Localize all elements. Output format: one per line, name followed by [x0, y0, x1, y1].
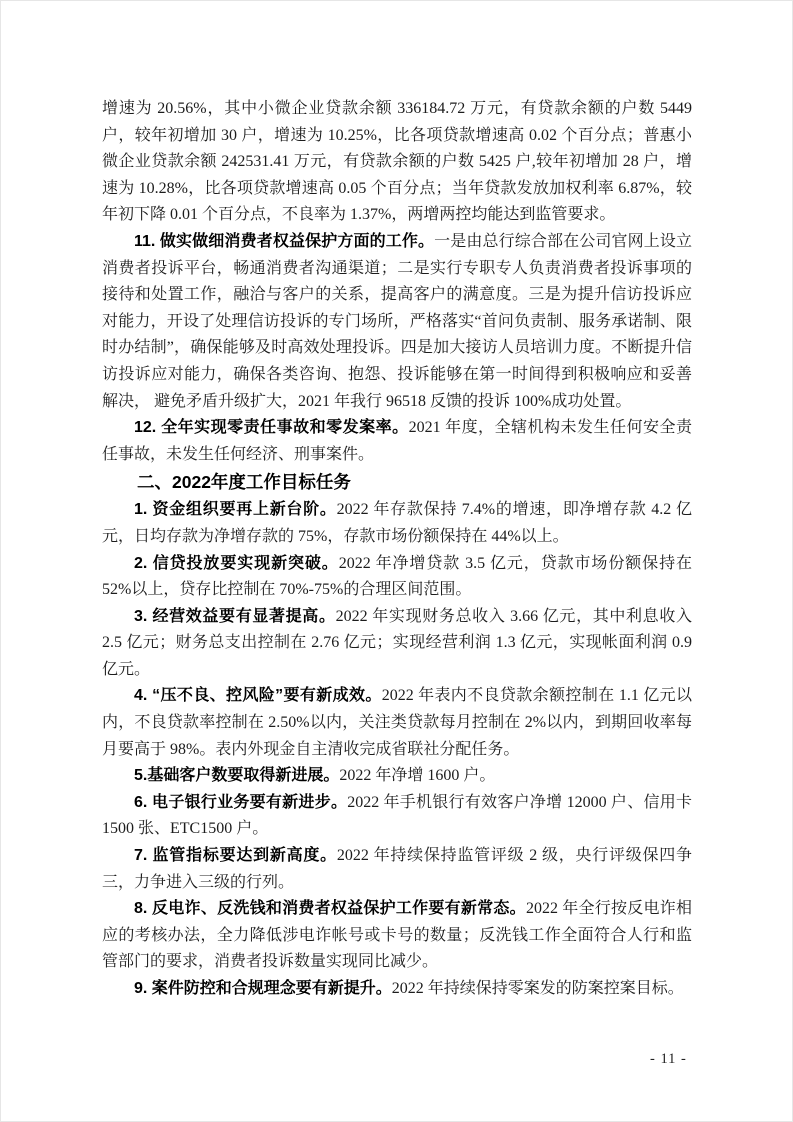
paragraph-body: 一是由总行综合部在公司官网上设立消费者投诉平台，畅通消费者沟通渠道；二是实行专职…	[102, 233, 692, 410]
goal-item-6: 6. 电子银行业务要有新进步。2022 年手机银行有效客户净增 12000 户、…	[102, 790, 692, 843]
paragraph-12: 12. 全年实现零责任事故和零发案率。2021 年度，全辖机构未发生任何安全责任…	[102, 415, 692, 468]
goal-item-2: 2. 信贷投放要实现新突破。2022 年净增贷款 3.5 亿元，贷款市场份额保持…	[102, 551, 692, 604]
paragraph-lead: 4. “压不良、控风险”要有新成效。	[134, 687, 382, 704]
continuation-paragraph: 增速为 20.56%，其中小微企业贷款余额 336184.72 万元，有贷款余额…	[102, 96, 692, 229]
page-number: - 11 -	[650, 1049, 687, 1069]
paragraph-lead: 8. 反电诈、反洗钱和消费者权益保护工作要有新常态。	[134, 900, 526, 917]
paragraph-lead: 3. 经营效益要有显著提高。	[134, 608, 336, 625]
paragraph-lead: 9. 案件防控和合规理念要有新提升。	[134, 980, 392, 997]
paragraph-lead: 6. 电子银行业务要有新进步。	[134, 794, 347, 811]
goal-item-7: 7. 监管指标要达到新高度。2022 年持续保持监管评级 2 级，央行评级保四争…	[102, 843, 692, 896]
paragraph-body: 2022 年净增 1600 户。	[339, 767, 495, 784]
paragraph-body: 2022 年持续保持零案发的防案控案目标。	[392, 980, 684, 997]
goal-item-3: 3. 经营效益要有显著提高。2022 年实现财务总收入 3.66 亿元，其中利息…	[102, 604, 692, 684]
section-heading: 二、2022年度工作目标任务	[102, 469, 692, 496]
paragraph-lead: 1. 资金组织要再上新台阶。	[134, 501, 337, 518]
goal-item-1: 1. 资金组织要再上新台阶。2022 年存款保持 7.4%的增速，即净增存款 4…	[102, 497, 692, 550]
document-page: 增速为 20.56%，其中小微企业贷款余额 336184.72 万元，有贷款余额…	[0, 0, 793, 1122]
paragraph-lead: 7. 监管指标要达到新高度。	[134, 847, 337, 864]
paragraph-body: 增速为 20.56%，其中小微企业贷款余额 336184.72 万元，有贷款余额…	[102, 100, 692, 223]
paragraph-lead: 5.基础客户数要取得新进展。	[134, 767, 339, 784]
goal-item-8: 8. 反电诈、反洗钱和消费者权益保护工作要有新常态。2022 年全行按反电诈相应…	[102, 896, 692, 976]
paragraph-lead: 12. 全年实现零责任事故和零发案率。	[134, 419, 409, 436]
paragraph-lead: 11. 做实做细消费者权益保护方面的工作。	[134, 233, 434, 250]
page-content: 增速为 20.56%，其中小微企业贷款余额 336184.72 万元，有贷款余额…	[102, 96, 692, 1003]
paragraph-lead: 2. 信贷投放要实现新突破。	[134, 555, 339, 572]
goal-item-5: 5.基础客户数要取得新进展。2022 年净增 1600 户。	[102, 763, 692, 790]
paragraph-11: 11. 做实做细消费者权益保护方面的工作。一是由总行综合部在公司官网上设立消费者…	[102, 229, 692, 415]
goal-item-9: 9. 案件防控和合规理念要有新提升。2022 年持续保持零案发的防案控案目标。	[102, 976, 692, 1003]
goal-item-4: 4. “压不良、控风险”要有新成效。2022 年表内不良贷款余额控制在 1.1 …	[102, 683, 692, 763]
